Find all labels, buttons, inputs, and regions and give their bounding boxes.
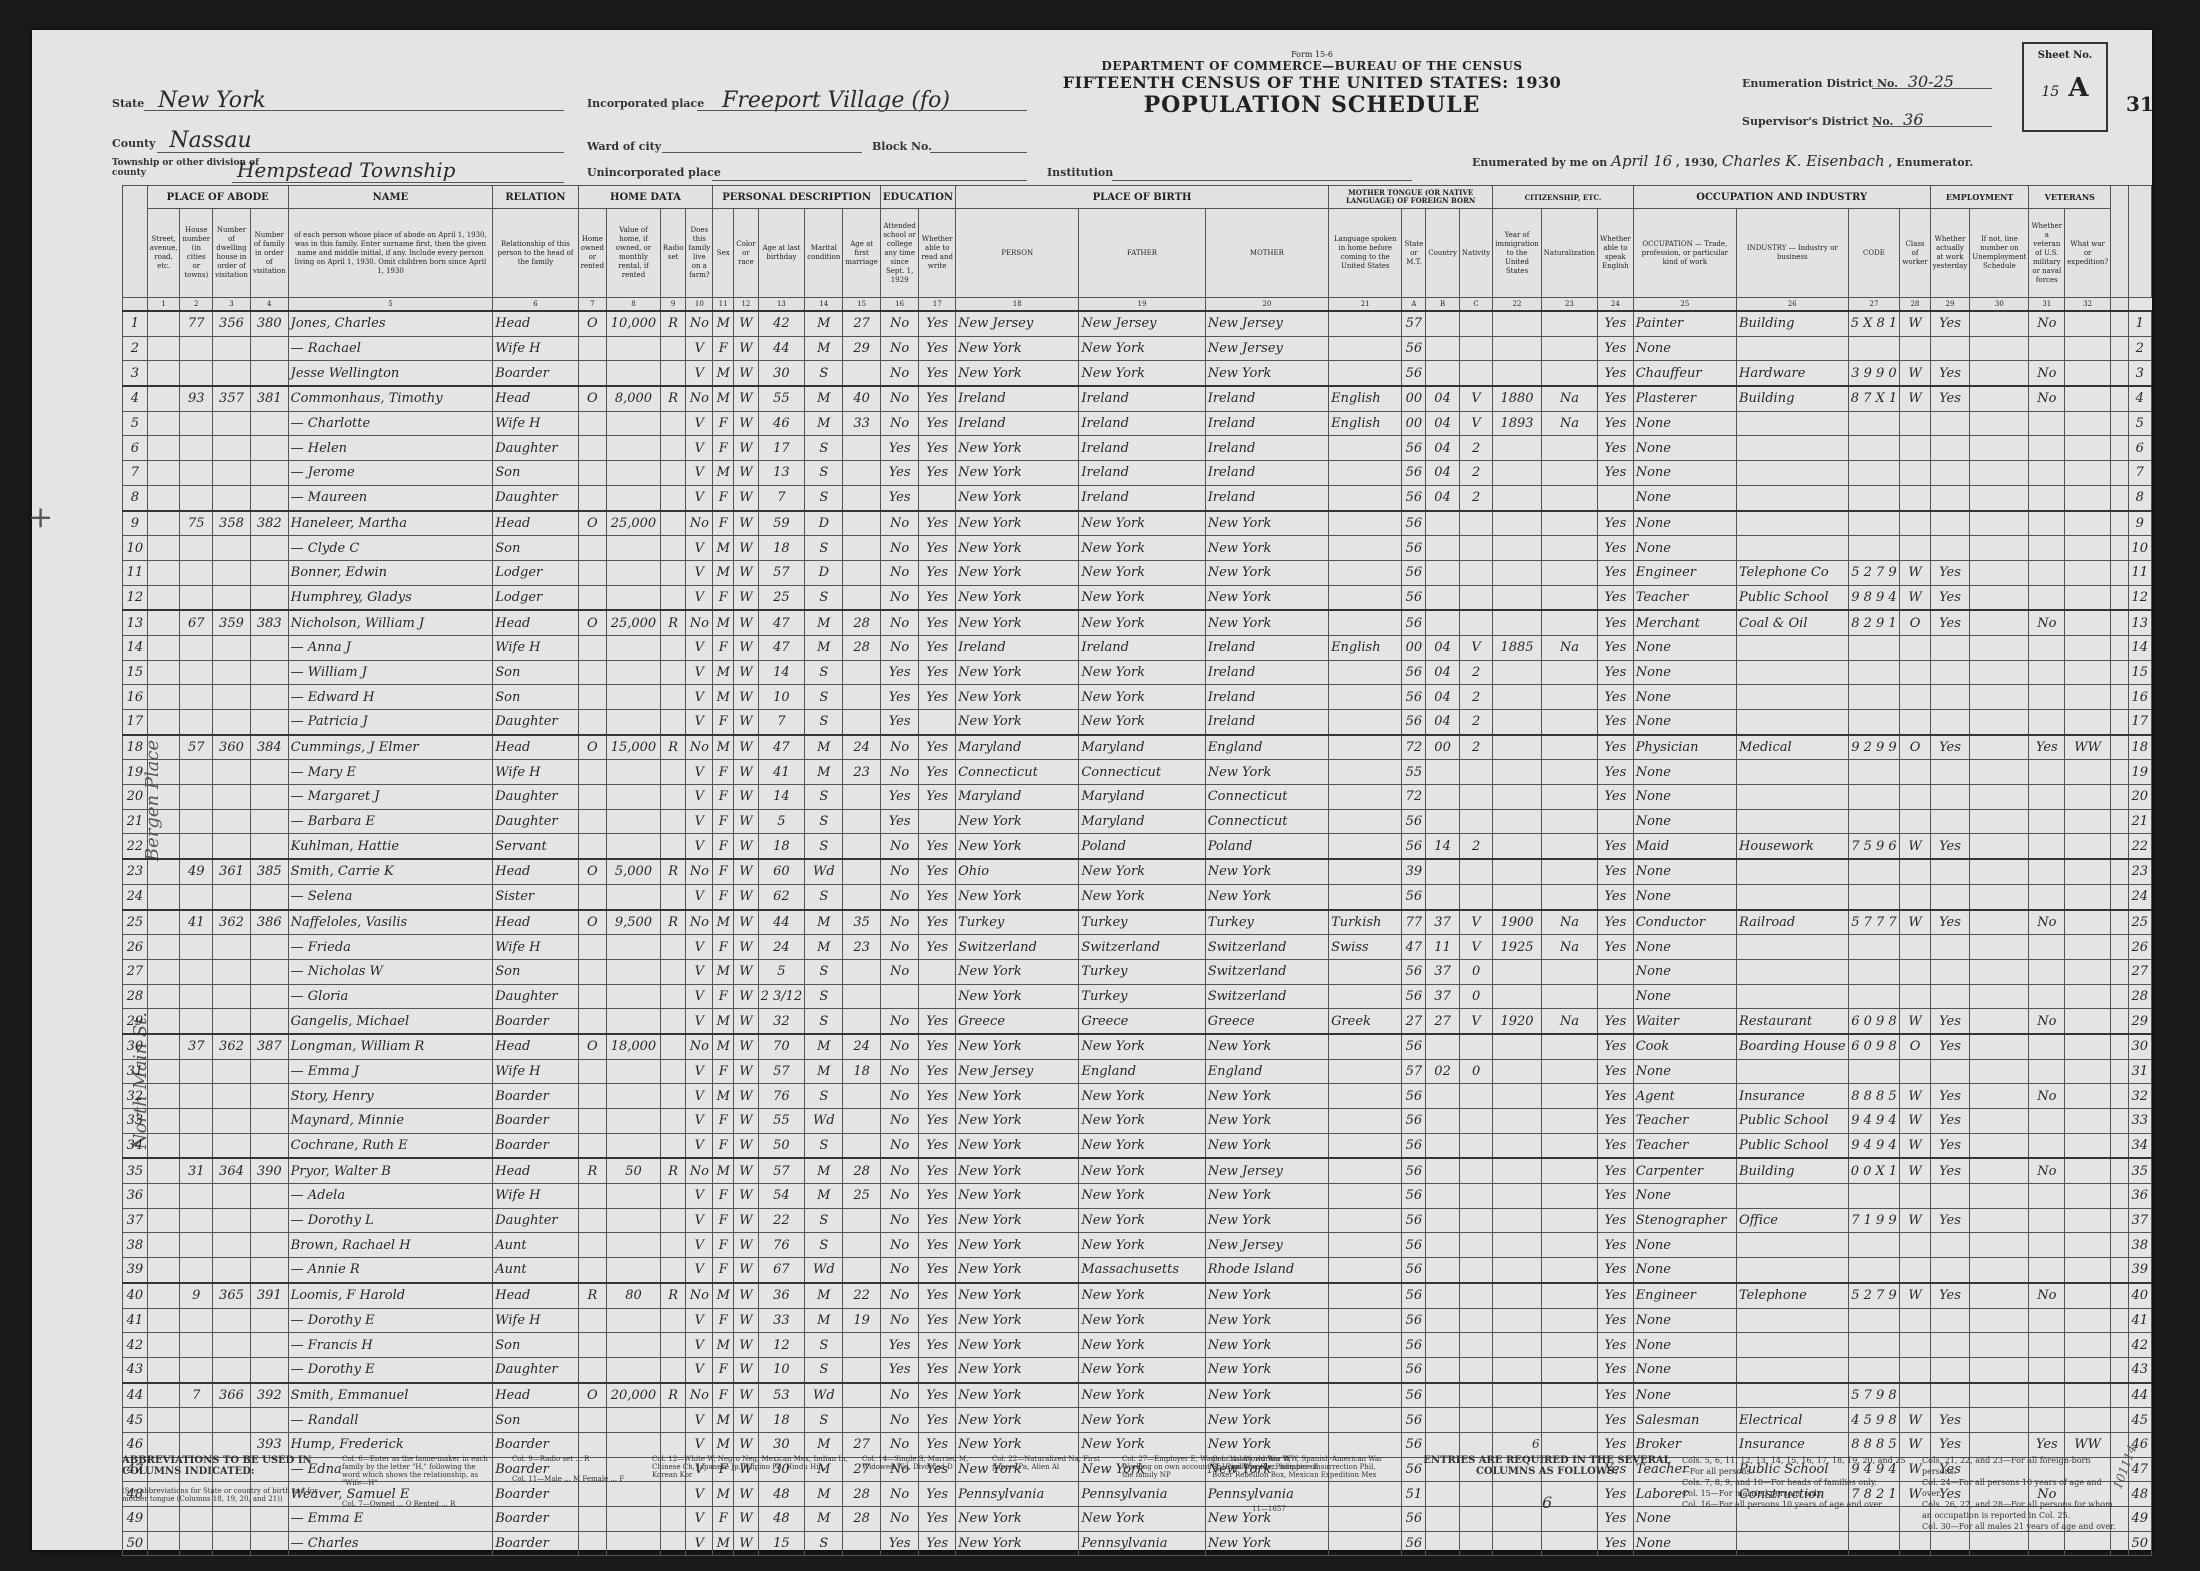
schedule-title: POPULATION SCHEDULE xyxy=(1032,92,1592,118)
cell-bp-mother: New York xyxy=(1205,1383,1328,1408)
cell-read: Yes xyxy=(919,1333,956,1358)
cell-industry: Building xyxy=(1736,311,1848,336)
cell-ind-code xyxy=(1848,984,1900,1009)
cell-radio: R xyxy=(660,859,686,884)
cell-war xyxy=(2065,1109,2111,1134)
cell-age: 33 xyxy=(758,1308,805,1333)
cell-lang xyxy=(1329,1258,1402,1283)
cell-race: W xyxy=(734,685,758,710)
cell-relation: Head xyxy=(493,511,578,536)
cell-house: 9 xyxy=(180,1283,213,1308)
cell-code-c xyxy=(1459,1084,1492,1109)
cell-owned xyxy=(578,760,606,785)
cell-vet xyxy=(2029,461,2065,486)
cell-industry xyxy=(1736,1357,1848,1382)
cell-imm xyxy=(1493,311,1542,336)
cell-relation: Servant xyxy=(493,834,578,859)
cell-relation: Son xyxy=(493,1408,578,1433)
cell-owned: R xyxy=(578,1158,606,1183)
cell-family: 385 xyxy=(250,859,288,884)
cell-work: Yes xyxy=(1930,585,1970,610)
cell-ind-code xyxy=(1848,1258,1900,1283)
cell-nat xyxy=(1541,859,1597,884)
ward-label: Ward of city xyxy=(587,140,661,153)
table-row: 33Maynard, MinnieBoarderVFW55WdNoYesNew … xyxy=(123,1109,2152,1134)
cell-unemp xyxy=(1970,1059,2029,1084)
form-number: Form 15-6 xyxy=(1032,50,1592,59)
cell-name: — Selena xyxy=(288,884,493,909)
cell-value: 50 xyxy=(607,1158,661,1183)
cell-unemp xyxy=(1970,834,2029,859)
cell-farm: V xyxy=(686,1208,713,1233)
ward-line xyxy=(662,152,862,153)
cell-ind-code xyxy=(1848,1357,1900,1382)
cell-marital: S xyxy=(805,1357,843,1382)
cell-name: Maynard, Minnie xyxy=(288,1109,493,1134)
cell-read: Yes xyxy=(919,610,956,635)
cell-vet: No xyxy=(2029,386,2065,411)
cell-unemp xyxy=(1970,760,2029,785)
cell-vet xyxy=(2029,710,2065,735)
cell-lang xyxy=(1329,461,1402,486)
state-line xyxy=(144,110,564,111)
cell-imm xyxy=(1493,884,1542,909)
cell-age-marr xyxy=(843,560,881,585)
cell-occupation: None xyxy=(1633,1333,1736,1358)
table-row: 975358382Haneleer, MarthaHeadO25,000NoFW… xyxy=(123,511,2152,536)
cell-value: 25,000 xyxy=(607,511,661,536)
cell-age-marr xyxy=(843,1408,881,1433)
cell-industry xyxy=(1736,809,1848,834)
table-row: 3Jesse WellingtonBoarderVMW30SNoYesNew Y… xyxy=(123,361,2152,386)
line-number: 6 xyxy=(123,436,148,461)
veterans-header: VETERANS xyxy=(2029,186,2111,209)
right-line-number: 10 xyxy=(2128,536,2151,561)
cell-farm: No xyxy=(686,1283,713,1308)
line-number: 43 xyxy=(123,1357,148,1382)
cell-radio xyxy=(660,1308,686,1333)
column-number: 28 xyxy=(1900,298,1930,312)
cell-farm: V xyxy=(686,1059,713,1084)
cell-unemp xyxy=(1970,386,2029,411)
cell-relation: Head xyxy=(493,610,578,635)
cell-vet xyxy=(2029,511,2065,536)
col11-note: Col. 11—Male ... M Female ... F xyxy=(512,1475,632,1483)
cell-house xyxy=(180,959,213,984)
code-b-subheader: Country xyxy=(1426,209,1460,298)
cell-name: — Frieda xyxy=(288,935,493,960)
cell-school: No xyxy=(880,1184,918,1209)
cell-house xyxy=(180,1184,213,1209)
right-line-number: 48 xyxy=(2128,1482,2151,1507)
cell-read xyxy=(919,809,956,834)
cell-lang xyxy=(1329,311,1402,336)
cell-occupation: Conductor xyxy=(1633,910,1736,935)
cell-vet xyxy=(2029,1233,2065,1258)
cell-read: Yes xyxy=(919,536,956,561)
cell-school: No xyxy=(880,1109,918,1134)
cell-race: W xyxy=(734,536,758,561)
cell-bp-father: Ireland xyxy=(1079,485,1205,510)
cell-read: Yes xyxy=(919,834,956,859)
cell-war xyxy=(2065,710,2111,735)
cell-occupation: Teacher xyxy=(1633,1109,1736,1134)
cell-school: Yes xyxy=(880,660,918,685)
cell-imm: 1893 xyxy=(1493,411,1542,436)
cell-school: No xyxy=(880,585,918,610)
cell-street xyxy=(147,760,180,785)
cell-lang xyxy=(1329,1308,1402,1333)
cell-work: Yes xyxy=(1930,1084,1970,1109)
column-number: B xyxy=(1426,298,1460,312)
entries-cols-8: Col. 30—For all males 21 years of age an… xyxy=(1922,1521,2122,1532)
incorporated-label: Incorporated place xyxy=(587,97,704,110)
cell-age-marr: 19 xyxy=(843,1308,881,1333)
cell-school: No xyxy=(880,1233,918,1258)
cell-street xyxy=(147,710,180,735)
table-row: 5— CharlotteWife HVFW46M33NoYesIrelandIr… xyxy=(123,411,2152,436)
cell-vet xyxy=(2029,1258,2065,1283)
unincorporated-line xyxy=(712,180,1027,181)
cell-bp-mother: England xyxy=(1205,735,1328,760)
cell-school xyxy=(880,984,918,1009)
cell-code-b xyxy=(1426,1283,1460,1308)
cell-farm: V xyxy=(686,834,713,859)
cell-vet xyxy=(2029,685,2065,710)
margin-cross-mark: + xyxy=(28,500,53,535)
cell-sex: M xyxy=(713,735,734,760)
cell-value xyxy=(607,485,661,510)
line-number: 22 xyxy=(123,834,148,859)
cell-code-c xyxy=(1459,884,1492,909)
cell-owned xyxy=(578,935,606,960)
cell-class xyxy=(1900,859,1930,884)
line-number: 31 xyxy=(123,1059,148,1084)
column-number: 12 xyxy=(734,298,758,312)
cell-race: W xyxy=(734,336,758,361)
cell-farm-sched xyxy=(2111,1084,2128,1109)
cell-imm xyxy=(1493,834,1542,859)
cell-nat xyxy=(1541,585,1597,610)
right-line-number: 31 xyxy=(2128,1059,2151,1084)
cell-code-c xyxy=(1459,336,1492,361)
cell-nat xyxy=(1541,1357,1597,1382)
cell-farm-sched xyxy=(2111,809,2128,834)
cell-ind-code: 6 0 9 8 xyxy=(1848,1009,1900,1034)
cell-class xyxy=(1900,336,1930,361)
cell-value: 8,000 xyxy=(607,386,661,411)
cell-radio xyxy=(660,935,686,960)
cell-read: Yes xyxy=(919,635,956,660)
cell-code-a: 56 xyxy=(1402,1233,1426,1258)
county-line xyxy=(157,152,564,153)
cell-eng: Yes xyxy=(1598,436,1634,461)
cell-farm: V xyxy=(686,485,713,510)
cell-ind-code: 4 5 9 8 xyxy=(1848,1408,1900,1433)
cell-age-marr xyxy=(843,485,881,510)
cell-code-a: 56 xyxy=(1402,1084,1426,1109)
cell-read: Yes xyxy=(919,785,956,810)
cell-school: Yes xyxy=(880,685,918,710)
cell-school: No xyxy=(880,859,918,884)
cell-dwelling xyxy=(213,1357,251,1382)
cell-dwelling xyxy=(213,1208,251,1233)
cell-bp-person: New York xyxy=(956,361,1079,386)
cell-bp-person: Greece xyxy=(956,1009,1079,1034)
cell-occupation: None xyxy=(1633,984,1736,1009)
cell-sex: F xyxy=(713,1184,734,1209)
cell-class: W xyxy=(1900,1283,1930,1308)
line-number: 45 xyxy=(123,1408,148,1433)
cell-imm xyxy=(1493,785,1542,810)
cell-school: No xyxy=(880,1308,918,1333)
table-row: 17— Patricia JDaughterVFW7SYesNew YorkNe… xyxy=(123,710,2152,735)
cell-unemp xyxy=(1970,884,2029,909)
cell-bp-person: New York xyxy=(956,1034,1079,1059)
cell-school: No xyxy=(880,1383,918,1408)
cell-age: 57 xyxy=(758,1059,805,1084)
cell-occupation: Merchant xyxy=(1633,610,1736,635)
cell-bp-person: New York xyxy=(956,660,1079,685)
cell-code-c: V xyxy=(1459,411,1492,436)
cell-sex: M xyxy=(713,361,734,386)
cell-relation: Lodger xyxy=(493,560,578,585)
cell-school: No xyxy=(880,1133,918,1158)
cell-family xyxy=(250,436,288,461)
cell-farm: No xyxy=(686,1383,713,1408)
cell-industry xyxy=(1736,1308,1848,1333)
cell-imm xyxy=(1493,660,1542,685)
cell-nat xyxy=(1541,610,1597,635)
cell-eng: Yes xyxy=(1598,760,1634,785)
cell-name: Gangelis, Michael xyxy=(288,1009,493,1034)
cell-street xyxy=(147,884,180,909)
cell-sex: F xyxy=(713,436,734,461)
cell-bp-mother: New York xyxy=(1205,1034,1328,1059)
cell-age: 42 xyxy=(758,311,805,336)
cell-bp-father: New York xyxy=(1079,1208,1205,1233)
cell-owned: O xyxy=(578,311,606,336)
cell-lang: English xyxy=(1329,411,1402,436)
cell-code-c xyxy=(1459,311,1492,336)
cell-occupation: None xyxy=(1633,1383,1736,1408)
cell-owned xyxy=(578,1084,606,1109)
cell-name: — Randall xyxy=(288,1408,493,1433)
cell-name: Commonhaus, Timothy xyxy=(288,386,493,411)
cell-code-a: 39 xyxy=(1402,859,1426,884)
cell-family xyxy=(250,1184,288,1209)
cell-race: W xyxy=(734,910,758,935)
cell-value xyxy=(607,461,661,486)
cell-dwelling: 362 xyxy=(213,1034,251,1059)
cell-age: 53 xyxy=(758,1383,805,1408)
cell-code-c xyxy=(1459,809,1492,834)
cell-school: No xyxy=(880,959,918,984)
cell-school: Yes xyxy=(880,461,918,486)
cell-industry xyxy=(1736,859,1848,884)
cell-bp-father: Maryland xyxy=(1079,735,1205,760)
cell-bp-father: New York xyxy=(1079,511,1205,536)
cell-age-marr xyxy=(843,1208,881,1233)
cell-code-a: 56 xyxy=(1402,511,1426,536)
cell-eng: Yes xyxy=(1598,859,1634,884)
cell-bp-person: New York xyxy=(956,1408,1079,1433)
cell-lang xyxy=(1329,1357,1402,1382)
cell-ind-code xyxy=(1848,785,1900,810)
col31-note: Col. 31—World War WW, Spanish-American W… xyxy=(1212,1455,1392,1479)
cell-radio xyxy=(660,1059,686,1084)
cell-unemp xyxy=(1970,1283,2029,1308)
cell-value xyxy=(607,1333,661,1358)
cell-read xyxy=(919,485,956,510)
supervisor-label: Supervisor's District No. xyxy=(1742,115,1893,128)
cell-dwelling: 365 xyxy=(213,1283,251,1308)
cell-marital: S xyxy=(805,585,843,610)
cell-lang: Swiss xyxy=(1329,935,1402,960)
cell-radio xyxy=(660,760,686,785)
cell-relation: Daughter xyxy=(493,1208,578,1233)
cell-work: Yes xyxy=(1930,1408,1970,1433)
cell-farm-sched xyxy=(2111,760,2128,785)
cell-owned xyxy=(578,1408,606,1433)
cell-eng: Yes xyxy=(1598,884,1634,909)
cell-dwelling xyxy=(213,635,251,660)
cell-dwelling xyxy=(213,1408,251,1433)
cell-farm-sched xyxy=(2111,511,2128,536)
cell-bp-person: New York xyxy=(956,1158,1079,1183)
cell-house xyxy=(180,760,213,785)
english-subheader: Whether able to speak English xyxy=(1598,209,1634,298)
cell-marital: M xyxy=(805,935,843,960)
cell-value xyxy=(607,536,661,561)
cell-bp-mother: Ireland xyxy=(1205,386,1328,411)
cell-farm: V xyxy=(686,959,713,984)
cell-bp-mother: New York xyxy=(1205,1408,1328,1433)
sheet-number: 15 xyxy=(2041,84,2059,100)
cell-radio xyxy=(660,884,686,909)
cell-house: 31 xyxy=(180,1158,213,1183)
cell-code-b: 00 xyxy=(1426,735,1460,760)
citizenship-header: CITIZENSHIP, ETC. xyxy=(1493,186,1633,209)
cell-age: 30 xyxy=(758,361,805,386)
cell-street xyxy=(147,1184,180,1209)
cell-age-marr xyxy=(843,660,881,685)
cell-unemp xyxy=(1970,910,2029,935)
cell-eng: Yes xyxy=(1598,1158,1634,1183)
cell-eng: Yes xyxy=(1598,910,1634,935)
cell-radio: R xyxy=(660,1283,686,1308)
cell-lang xyxy=(1329,785,1402,810)
unincorporated-label: Unincorporated place xyxy=(587,166,721,179)
cell-age-marr: 40 xyxy=(843,386,881,411)
cell-war xyxy=(2065,1158,2111,1183)
cell-read: Yes xyxy=(919,1258,956,1283)
cell-imm xyxy=(1493,536,1542,561)
cell-unemp xyxy=(1970,710,2029,735)
cell-marital: S xyxy=(805,984,843,1009)
cell-occupation: Teacher xyxy=(1633,585,1736,610)
entries-required-title: ENTRIES ARE REQUIRED IN THE SEVERAL COLU… xyxy=(1422,1455,1672,1477)
right-line-number: 3 xyxy=(2128,361,2151,386)
line-number: 32 xyxy=(123,1084,148,1109)
cell-bp-father: New York xyxy=(1079,685,1205,710)
cell-eng: Yes xyxy=(1598,1308,1634,1333)
cell-imm xyxy=(1493,1034,1542,1059)
cell-race: W xyxy=(734,361,758,386)
cell-farm: V xyxy=(686,785,713,810)
cell-code-c xyxy=(1459,1109,1492,1134)
cell-sex: F xyxy=(713,1208,734,1233)
cell-owned: O xyxy=(578,859,606,884)
cell-read: Yes xyxy=(919,1357,956,1382)
cell-occupation: None xyxy=(1633,760,1736,785)
cell-marital: Wd xyxy=(805,1258,843,1283)
cell-code-b xyxy=(1426,1133,1460,1158)
cell-nat: Na xyxy=(1541,935,1597,960)
cell-value xyxy=(607,1109,661,1134)
cell-name: Longman, William R xyxy=(288,1034,493,1059)
cell-radio: R xyxy=(660,1158,686,1183)
cell-farm: V xyxy=(686,536,713,561)
place-of-abode-header: PLACE OF ABODE xyxy=(147,186,288,209)
cell-house xyxy=(180,436,213,461)
relation-header: RELATION xyxy=(493,186,578,209)
cell-age-marr xyxy=(843,710,881,735)
right-line-number: 2 xyxy=(2128,336,2151,361)
cell-ind-code xyxy=(1848,336,1900,361)
cell-code-b xyxy=(1426,1308,1460,1333)
cell-dwelling xyxy=(213,660,251,685)
cell-work xyxy=(1930,785,1970,810)
cell-name: Jones, Charles xyxy=(288,311,493,336)
cell-age-marr: 18 xyxy=(843,1059,881,1084)
cell-vet xyxy=(2029,785,2065,810)
cell-farm-sched xyxy=(2111,1009,2128,1034)
cell-imm: 1925 xyxy=(1493,935,1542,960)
cell-war xyxy=(2065,1258,2111,1283)
cell-house xyxy=(180,809,213,834)
cell-marital: S xyxy=(805,536,843,561)
cell-street xyxy=(147,610,180,635)
cell-bp-person: New York xyxy=(956,1308,1079,1333)
cell-race: W xyxy=(734,1009,758,1034)
cell-farm-sched xyxy=(2111,984,2128,1009)
cell-bp-mother: Connecticut xyxy=(1205,785,1328,810)
cell-occupation: Cook xyxy=(1633,1034,1736,1059)
cell-marital: S xyxy=(805,1133,843,1158)
table-row: 19— Mary EWife HVFW41M23NoYesConnecticut… xyxy=(123,760,2152,785)
cell-work xyxy=(1930,485,1970,510)
cell-house: 77 xyxy=(180,311,213,336)
cell-school: No xyxy=(880,935,918,960)
cell-value xyxy=(607,935,661,960)
cell-name: — Jerome xyxy=(288,461,493,486)
enumerator-signature: Charles K. Eisenbach xyxy=(1722,152,1885,170)
cell-vet xyxy=(2029,1184,2065,1209)
cell-marital: S xyxy=(805,785,843,810)
cell-name: — Mary E xyxy=(288,760,493,785)
column-number xyxy=(2111,298,2128,312)
cell-house: 49 xyxy=(180,859,213,884)
cell-unemp xyxy=(1970,984,2029,1009)
cell-nat: Na xyxy=(1541,1009,1597,1034)
cell-code-b xyxy=(1426,1408,1460,1433)
column-number: 1 xyxy=(147,298,180,312)
cell-class xyxy=(1900,809,1930,834)
cell-value xyxy=(607,984,661,1009)
cell-industry: Electrical xyxy=(1736,1408,1848,1433)
cell-name: — Gloria xyxy=(288,984,493,1009)
